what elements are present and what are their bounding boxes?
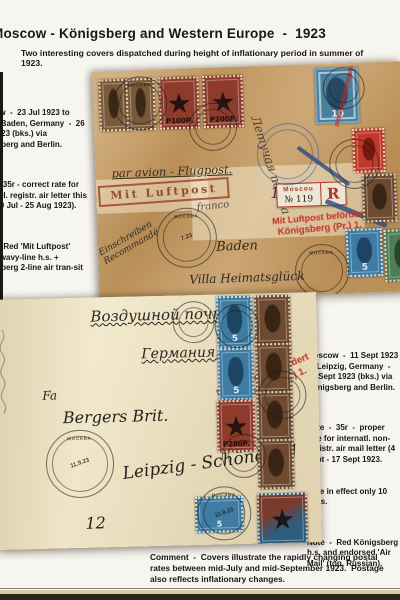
- left-caption: Moscow - 23 Jul 1923 to Baden Baden, Ger…: [0, 87, 92, 314]
- postmark-ring-text: МОСКВА: [295, 249, 347, 256]
- stamp-value: 5: [349, 262, 381, 273]
- germany-endorsement: Германия.: [141, 344, 220, 362]
- registration-left: Moscou № 119: [277, 183, 321, 207]
- postmark-moscow-cds: МОСКВА11.9.23: [45, 429, 115, 499]
- cover-1-envelope: Р100Р. Р200Р. 10 Летучая почта par avion…: [92, 61, 400, 302]
- stamp-value: 5: [220, 386, 252, 397]
- postmark-date: 11.9.23: [199, 502, 250, 525]
- einschreiben-note: Einschreiben Recommandé: [97, 219, 161, 267]
- postmark-ring-text: МОСКВА: [46, 435, 112, 442]
- right-caption-para1: Moscow - 11 Sept 1923 to Leipzig, German…: [307, 351, 399, 393]
- stamp-portrait: [266, 448, 287, 480]
- postmark-date: 7.23: [159, 225, 216, 250]
- postmark-ring-text: МОСКВА: [198, 492, 250, 498]
- postmark-moscow-1: [172, 301, 215, 344]
- postmark-ring-text: МОСКВА: [157, 213, 215, 220]
- stamp-portrait: [262, 304, 283, 336]
- right-caption-para2: Rate - 35r - proper rate for internatl. …: [307, 423, 399, 465]
- left-caption-para2: Rate - 35r - correct rate for internatl.…: [0, 180, 92, 212]
- marginal-pencil-note: [0, 328, 11, 418]
- star-overprint-icon: [259, 494, 306, 543]
- exhibit-page: Moscow - Königsberg and Western Europe -…: [0, 0, 400, 600]
- address-street: Villa Heimatsglück: [189, 269, 305, 287]
- stamp-bicolor-large: [257, 492, 308, 545]
- address-number: 12: [85, 513, 106, 532]
- page-title: Moscow - Königsberg and Western Europe -…: [0, 26, 352, 41]
- stamp-blue-5r-2: 5: [217, 348, 254, 401]
- postmark-moscow-5: МОСКВА11.9.23: [197, 486, 252, 541]
- stamp-portrait: [392, 238, 400, 273]
- address-name: Bergers Brit.: [63, 406, 169, 428]
- left-caption-para3: Note - Red 'Mit Luftpost' boxed wavy-lin…: [0, 242, 92, 284]
- registration-number: № 119: [283, 194, 314, 205]
- scan-edge-line: [0, 588, 400, 589]
- postmark-moscow-2: [188, 102, 238, 152]
- postmark-ring-text: МОСКВА: [113, 81, 165, 88]
- cover-2-envelope: Воздушной почтой Германия. Mit Luftpost …: [0, 292, 322, 550]
- comment: Comment - Covers illustrate the rapidly …: [150, 552, 398, 585]
- stamp-green-definitive: [384, 229, 400, 282]
- stamp-portrait: [370, 183, 389, 214]
- stamp-brown-1: [254, 295, 291, 346]
- scan-edge-bottom: [0, 594, 400, 600]
- address-prefix: Fa: [42, 388, 57, 402]
- registration-city: Moscou: [283, 185, 314, 193]
- postmark-date: 11.9.23: [48, 450, 112, 478]
- postmark-moscow-6: МОСКВА: [294, 243, 350, 299]
- address-city: Baden: [216, 238, 258, 254]
- left-caption-para1: Moscow - 23 Jul 1923 to Baden Baden, Ger…: [0, 108, 92, 150]
- postmark-moscow-3: [258, 370, 307, 419]
- stamp-blue-5r: 5: [346, 228, 384, 277]
- postmark-moscow-5: МОСКВА7.23: [156, 207, 218, 269]
